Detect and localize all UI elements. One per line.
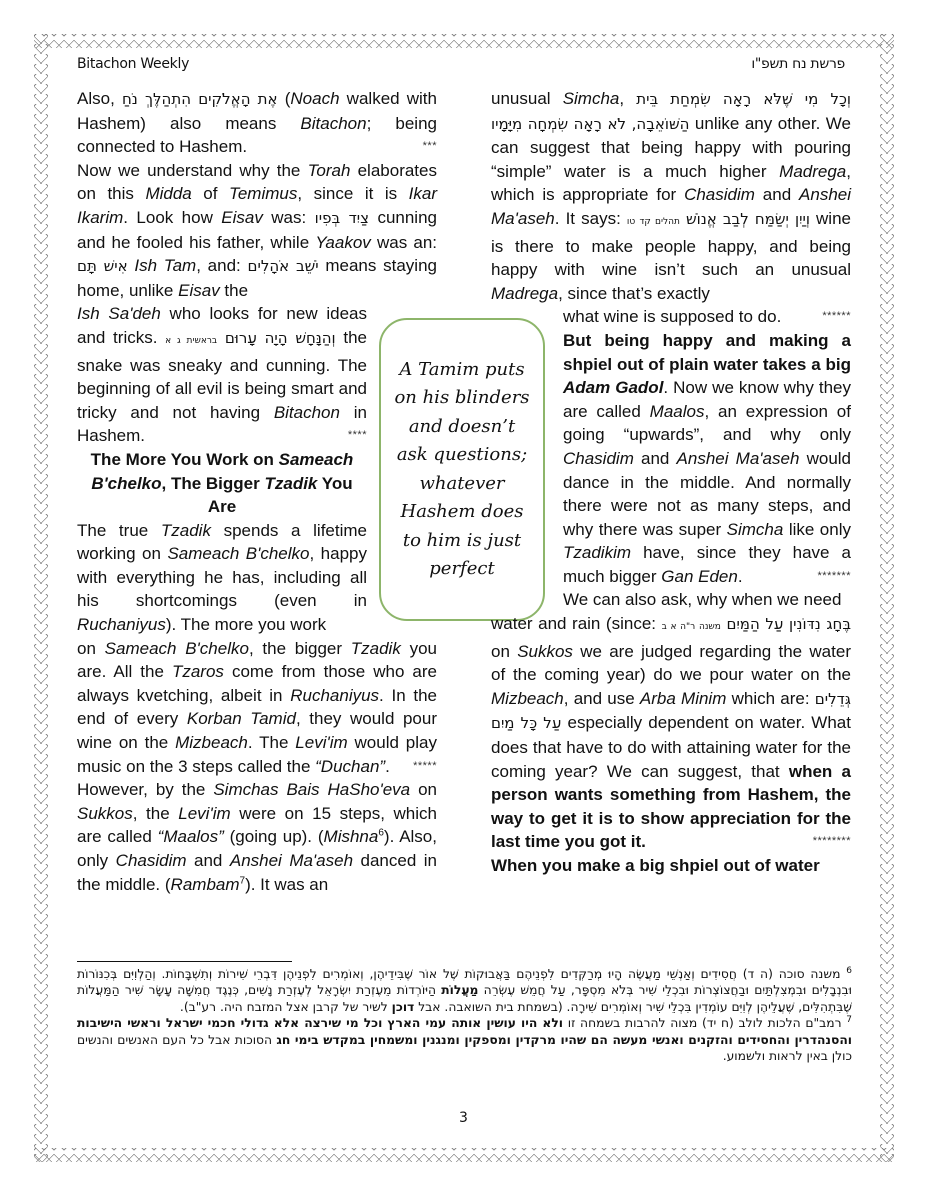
page-border-left — [34, 34, 48, 1162]
hebrew-quote: וְיַיִן יְשַׂמַּח לְבַב אֱנוֹשׁ — [686, 210, 810, 228]
footnote-7: 7 רמב"ם הלכות לולב (ח יד) מצוה להרבות בש… — [77, 1015, 852, 1064]
hebrew-quote: אִישׁ תָּם — [77, 257, 128, 275]
footnotes: 6 משנה סוכה (ה ד) חֲסִידִים וְאַנְשֵׁי מ… — [77, 966, 852, 1064]
section-separator: ***** — [413, 755, 437, 779]
hebrew-quote: בֶּחָג נִדּוֹנִין עַל הַמַּיִם — [726, 615, 851, 633]
parsha-title: פרשת נח תשפ"ו — [751, 56, 845, 72]
paragraph: water and rain (since: בֶּחָג נִדּוֹנִין… — [491, 612, 851, 854]
paragraph: But being happy and making a shpiel out … — [563, 329, 851, 589]
footnote-number: 6 — [846, 966, 852, 976]
paragraph: on Sameach B'chelko, the bigger Tzadik y… — [77, 637, 437, 779]
paragraph: Also, אֶת הָאֱלֹקִים הִתְהַלֶּךְ נֹחַ (N… — [77, 87, 437, 159]
hebrew-quote: אֶת הָאֱלֹקִים הִתְהַלֶּךְ נֹחַ — [122, 90, 278, 108]
wrapped-text-block: what wine is supposed to do.****** But b… — [563, 305, 851, 612]
page-border-right — [880, 34, 894, 1162]
paragraph: Now we understand why the Torah elaborat… — [77, 159, 437, 303]
page-number: 3 — [0, 1110, 927, 1126]
hebrew-quote: יֹשֵׁב אֹהָלִים — [248, 257, 319, 275]
hebrew-quote: צַיִד בְּפִיו — [315, 209, 369, 227]
page-border-bottom — [34, 1148, 894, 1162]
section-separator: *** — [423, 135, 437, 159]
paragraph: The true Tzadik spends a lifetime workin… — [77, 519, 367, 637]
hebrew-quote: וְהַנָּחָשׁ הָיָה עָרוּם — [225, 329, 336, 347]
right-column: unusual Simcha, וְכָל מִי שֶׁלֹּא רָאָה … — [491, 87, 851, 878]
paragraph: We can also ask, why when we need — [563, 588, 851, 612]
footnote-number: 7 — [846, 1015, 852, 1025]
wrapped-text-block: Ish Sa'deh who looks for new ideas and t… — [77, 302, 367, 636]
section-separator: ******** — [813, 830, 851, 854]
section-separator: ****** — [822, 305, 851, 329]
section-separator: ******* — [818, 565, 851, 589]
paragraph: what wine is supposed to do.****** — [563, 305, 851, 329]
footnote-separator — [77, 961, 292, 962]
section-heading: The More You Work on Sameach B'chelko, T… — [77, 448, 367, 519]
section-separator: **** — [348, 424, 367, 448]
page-border-top — [34, 34, 894, 48]
publication-title: Bitachon Weekly — [77, 56, 189, 72]
footnote-6: 6 משנה סוכה (ה ד) חֲסִידִים וְאַנְשֵׁי מ… — [77, 966, 852, 1015]
paragraph: However, by the Simchas Bais HaSho'eva o… — [77, 778, 437, 896]
source-citation: משנה ר"ה א ב — [662, 622, 721, 632]
source-citation: תהלים קד טו — [627, 217, 680, 227]
paragraph: Ish Sa'deh who looks for new ideas and t… — [77, 302, 367, 448]
paragraph: unusual Simcha, וְכָל מִי שֶׁלֹּא רָאָה … — [491, 87, 851, 305]
paragraph: When you make a big shpiel out of water — [491, 854, 851, 878]
source-citation: בראשית ג א — [165, 336, 217, 346]
